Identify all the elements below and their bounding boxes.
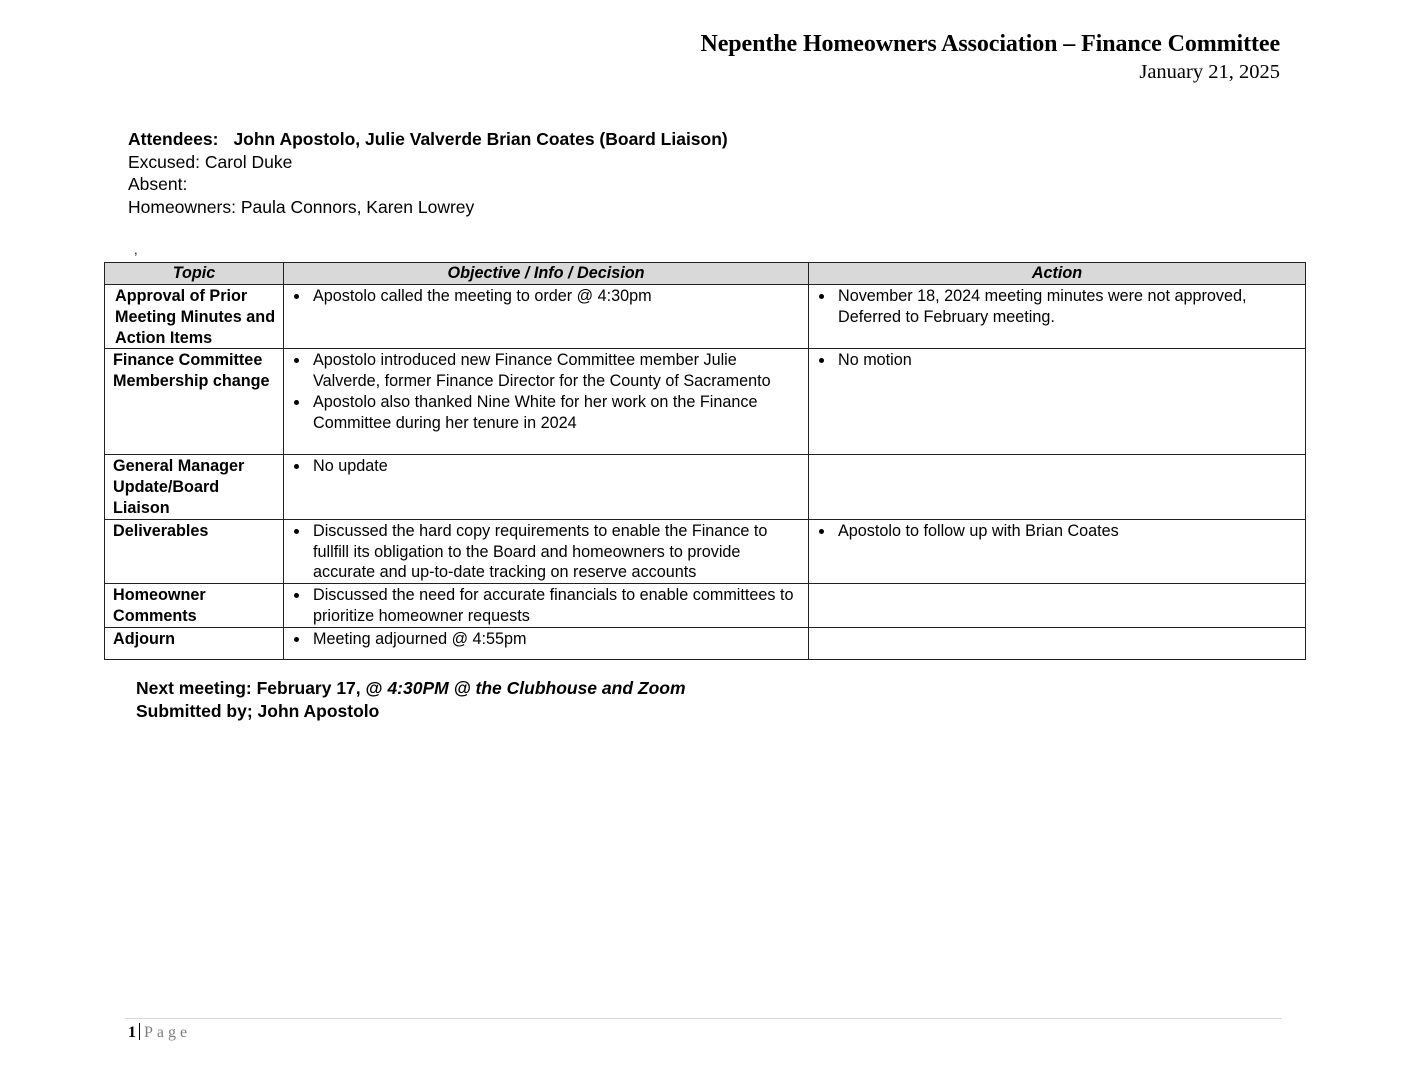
table-row: Homeowner CommentsDiscussed the need for…	[105, 584, 1306, 628]
next-meeting: Next meeting: February 17, @ 4:30PM @ th…	[136, 677, 686, 700]
objective-list: Meeting adjourned @ 4:55pm	[290, 629, 800, 650]
table-row: Approval of Prior Meeting Minutes and Ac…	[105, 285, 1306, 349]
objective-list: No update	[290, 456, 800, 477]
bullet-item: Apostolo called the meeting to order @ 4…	[290, 286, 800, 307]
row-action	[809, 627, 1306, 659]
submitted-by: Submitted by; John Apostolo	[136, 700, 686, 723]
absent-line: Absent:	[128, 173, 728, 196]
action-list: November 18, 2024 meeting minutes were n…	[815, 286, 1297, 328]
excused-line: Excused: Carol Duke	[128, 151, 728, 174]
row-objective: Discussed the hard copy requirements to …	[284, 519, 809, 583]
row-action: No motion	[809, 349, 1306, 455]
table-row: AdjournMeeting adjourned @ 4:55pm	[105, 627, 1306, 659]
row-action: November 18, 2024 meeting minutes were n…	[809, 285, 1306, 349]
row-objective: Apostolo introduced new Finance Committe…	[284, 349, 809, 455]
row-objective: Discussed the need for accurate financia…	[284, 584, 809, 628]
stray-mark: ,	[134, 242, 138, 257]
objective-list: Discussed the need for accurate financia…	[290, 585, 800, 627]
page-separator	[139, 1023, 140, 1040]
row-objective: Meeting adjourned @ 4:55pm	[284, 627, 809, 659]
next-meeting-date: Next meeting: February 17, @	[136, 678, 387, 698]
minutes-table: Topic Objective / Info / Decision Action…	[104, 262, 1306, 660]
column-header-action: Action	[809, 263, 1306, 285]
column-header-topic: Topic	[105, 263, 284, 285]
bullet-item: No motion	[815, 350, 1297, 371]
bullet-item: Apostolo also thanked Nine White for her…	[290, 392, 800, 434]
table-row: DeliverablesDiscussed the hard copy requ…	[105, 519, 1306, 583]
row-action: Apostolo to follow up with Brian Coates	[809, 519, 1306, 583]
homeowners-line: Homeowners: Paula Connors, Karen Lowrey	[128, 196, 728, 219]
row-topic: Adjourn	[105, 627, 284, 659]
row-topic: Deliverables	[105, 519, 284, 583]
row-topic: Approval of Prior Meeting Minutes and Ac…	[105, 285, 284, 349]
table-header-row: Topic Objective / Info / Decision Action	[105, 263, 1306, 285]
attendees-label: Attendees:	[128, 129, 218, 149]
row-objective: Apostolo called the meeting to order @ 4…	[284, 285, 809, 349]
row-objective: No update	[284, 455, 809, 519]
page-footer: 1Page	[128, 1023, 191, 1042]
row-topic: Finance Committee Membership change	[105, 349, 284, 455]
row-topic: Homeowner Comments	[105, 584, 284, 628]
attendance-block: Attendees:John Apostolo, Julie Valverde …	[128, 128, 728, 218]
meeting-date: January 21, 2025	[1139, 61, 1280, 84]
bullet-item: Discussed the hard copy requirements to …	[290, 521, 800, 583]
attendees-line: Attendees:John Apostolo, Julie Valverde …	[128, 128, 728, 151]
row-action	[809, 584, 1306, 628]
bullet-item: Apostolo to follow up with Brian Coates	[815, 521, 1297, 542]
document-title: Nepenthe Homeowners Association – Financ…	[701, 31, 1280, 58]
bullet-item: Meeting adjourned @ 4:55pm	[290, 629, 800, 650]
row-topic: General Manager Update/Board Liaison	[105, 455, 284, 519]
attendees-names: John Apostolo, Julie Valverde Brian Coat…	[233, 129, 727, 149]
bullet-item: Discussed the need for accurate financia…	[290, 585, 800, 627]
action-list: No motion	[815, 350, 1297, 371]
table-row: Finance Committee Membership changeApost…	[105, 349, 1306, 455]
closing-notes: Next meeting: February 17, @ 4:30PM @ th…	[136, 677, 686, 722]
page-number: 1	[128, 1024, 136, 1041]
footer-divider	[125, 1018, 1282, 1019]
table-row: General Manager Update/Board LiaisonNo u…	[105, 455, 1306, 519]
row-action	[809, 455, 1306, 519]
objective-list: Apostolo introduced new Finance Committe…	[290, 350, 800, 433]
page-label: Page	[144, 1024, 191, 1041]
next-meeting-location: 4:30PM @ the Clubhouse and Zoom	[387, 678, 685, 698]
objective-list: Apostolo called the meeting to order @ 4…	[290, 286, 800, 307]
objective-list: Discussed the hard copy requirements to …	[290, 521, 800, 583]
column-header-objective: Objective / Info / Decision	[284, 263, 809, 285]
action-list: Apostolo to follow up with Brian Coates	[815, 521, 1297, 542]
bullet-item: November 18, 2024 meeting minutes were n…	[815, 286, 1297, 328]
bullet-item: No update	[290, 456, 800, 477]
bullet-item: Apostolo introduced new Finance Committe…	[290, 350, 800, 392]
